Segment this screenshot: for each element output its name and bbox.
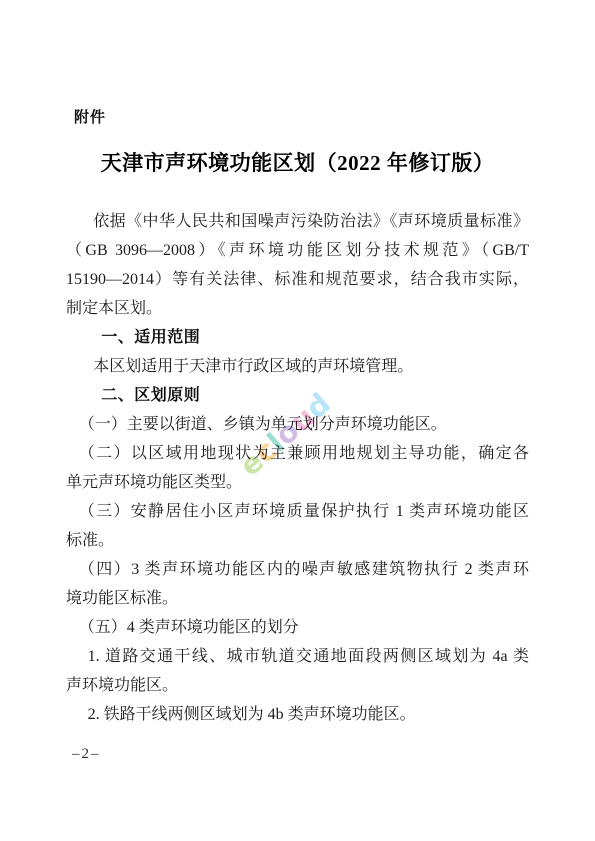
text-line: 依据《中华人民共和国噪声污染防治法》《声环境质量标准》 bbox=[66, 207, 529, 236]
document-title: 天津市声环境功能区划（2022 年修订版） bbox=[0, 147, 595, 177]
attachment-label: 附件 bbox=[74, 106, 106, 127]
text-line: （五）4 类声环境功能区的划分 bbox=[66, 613, 529, 642]
text-line: 制定本区划。 bbox=[66, 294, 529, 323]
text-line: 二、区划原则 bbox=[66, 381, 529, 410]
text-line: 2. 铁路干线两侧区域划为 4b 类声环境功能区。 bbox=[66, 700, 529, 729]
page-number: –2– bbox=[72, 746, 101, 763]
text-line: 15190—2014）等有关法律、标准和规范要求，结合我市实际， bbox=[66, 265, 529, 294]
text-line: 标准。 bbox=[66, 526, 529, 555]
text-line: （一）主要以街道、乡镇为单元划分声环境功能区。 bbox=[66, 410, 529, 439]
text-line: 1. 道路交通干线、城市轨道交通地面段两侧区域划为 4a 类 bbox=[66, 642, 529, 671]
document-body: 依据《中华人民共和国噪声污染防治法》《声环境质量标准》（GB 3096—2008… bbox=[66, 207, 529, 729]
text-line: （三）安静居住小区声环境质量保护执行 1 类声环境功能区 bbox=[66, 497, 529, 526]
text-line: 声环境功能区。 bbox=[66, 671, 529, 700]
text-line: （GB 3096—2008）《声环境功能区划分技术规范》（GB/T bbox=[66, 236, 529, 265]
document-page: 附件 天津市声环境功能区划（2022 年修订版） ecloud 依据《中华人民共… bbox=[0, 0, 595, 841]
text-line: （四）3 类声环境功能区内的噪声敏感建筑物执行 2 类声环 bbox=[66, 555, 529, 584]
text-line: 单元声环境功能区类型。 bbox=[66, 468, 529, 497]
text-line: 本区划适用于天津市行政区域的声环境管理。 bbox=[66, 352, 529, 381]
text-line: 一、适用范围 bbox=[66, 323, 529, 352]
text-line: （二）以区域用地现状为主兼顾用地规划主导功能，确定各 bbox=[66, 439, 529, 468]
text-line: 境功能区标准。 bbox=[66, 584, 529, 613]
